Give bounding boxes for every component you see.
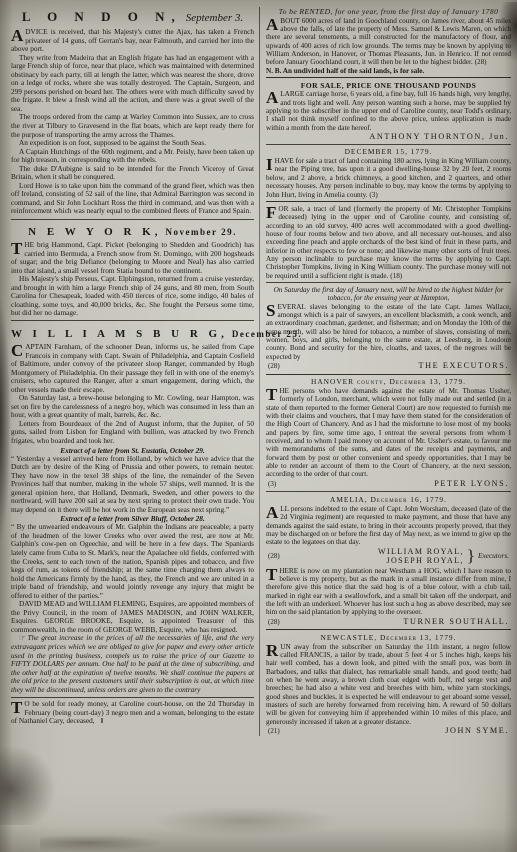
run-count: (28) bbox=[268, 618, 280, 627]
drop-cap: T bbox=[266, 387, 279, 402]
signature: PETER LYONS. bbox=[434, 479, 509, 488]
ad-divider bbox=[266, 282, 511, 283]
newspaper-page: L O N D O N, September 3. ADVICE is rece… bbox=[0, 0, 517, 852]
run-count: (28) bbox=[268, 362, 280, 371]
drop-cap: S bbox=[266, 303, 277, 318]
drop-cap: A bbox=[266, 90, 280, 105]
ad-horse-body: ALARGE carriage horse, 6 years old, a fi… bbox=[266, 90, 511, 132]
signature: TURNER SOUTHALL. bbox=[403, 617, 509, 626]
brace-glyph: } bbox=[467, 548, 475, 564]
ad-ussher-body: THE persons who have demands against the… bbox=[266, 387, 511, 479]
signature: ANTHONY THORNTON, Jun. bbox=[369, 132, 509, 141]
paragraph: ADVICE is received, that his Majesty's c… bbox=[11, 28, 254, 54]
paragraph: THE brig Hammond, Capt. Picket (belongin… bbox=[11, 241, 254, 275]
ad-ussher-datehead: HANOVER county, December 13, 1779. bbox=[266, 377, 511, 386]
ad-tompkins-body: FOR sale, a tract of land (formerly the … bbox=[266, 205, 511, 280]
ad-worsham-signature-row: (28) WILLIAM ROYAL,JOSEPH ROYAL, } Execu… bbox=[268, 547, 509, 565]
ad-horse-signature-row: ANTHONY THORNTON, Jun. bbox=[268, 132, 509, 141]
right-column: To be RENTED, for one year, from the fir… bbox=[266, 7, 511, 736]
ad-divider bbox=[266, 629, 511, 630]
paragraph: CAPTAIN Farnham, of the schooner Dean, i… bbox=[11, 343, 254, 394]
signature: JOHN SYME. bbox=[445, 726, 509, 735]
ad-horse-heading: FOR SALE, PRICE ONE THOUSAND POUNDS bbox=[266, 81, 511, 91]
run-count: (21) bbox=[268, 727, 280, 736]
ad-hog-signature-row: (28)TURNER SOUTHALL. bbox=[268, 617, 509, 627]
ad-ussher-signature-row: (3)PETER LYONS. bbox=[268, 479, 509, 489]
paragraph: Letters from Bourdeaux of the 2nd of Aug… bbox=[11, 420, 254, 446]
section-date: November 29. bbox=[166, 227, 237, 237]
ad-runaway-signature-row: (21)JOHN SYME. bbox=[268, 726, 509, 736]
section-divider bbox=[11, 320, 254, 321]
page-columns: L O N D O N, September 3. ADVICE is rece… bbox=[0, 0, 517, 736]
paragraph: Lord Howe is to take upon him the comman… bbox=[11, 182, 254, 216]
ad-rent-heading: To be RENTED, for one year, from the fir… bbox=[266, 7, 511, 17]
drop-cap: A bbox=[266, 505, 280, 520]
sale-notice: TO be sold for ready money, at Caroline … bbox=[11, 700, 254, 726]
section-date: September 3. bbox=[186, 12, 243, 24]
end-mark: ‖ bbox=[95, 716, 103, 725]
paragraph: The duke D'Aubigne is said to be intende… bbox=[11, 165, 254, 182]
ad-divider bbox=[266, 201, 511, 202]
ad-rent-nb: N. B. An undivided half of the said land… bbox=[266, 67, 511, 75]
ad-slaves-intro: On Saturday the first day of January nex… bbox=[266, 286, 511, 303]
run-count: (3) bbox=[268, 480, 276, 489]
ad-divider bbox=[266, 374, 511, 375]
ad-rent-body: ABOUT 6000 acres of land in Goochland co… bbox=[266, 17, 511, 67]
section-title: W I L L I A M S B U R G, bbox=[11, 328, 228, 340]
section-title: N E W Y O R K, bbox=[28, 226, 161, 238]
section-title: L O N D O N, bbox=[22, 9, 182, 24]
paragraph: “ Yesterday a vessel arrived here from H… bbox=[11, 455, 254, 515]
ad-divider bbox=[266, 491, 511, 492]
executor-role: Executors. bbox=[478, 551, 509, 560]
ad-kingwilliam-datehead: DECEMBER 15, 1779. bbox=[266, 147, 511, 156]
ad-runaway-body: RUN away from the subscriber on Saturday… bbox=[266, 643, 511, 726]
ad-divider bbox=[266, 144, 511, 145]
drop-cap: F bbox=[266, 205, 278, 220]
ink-stain bbox=[0, 745, 56, 825]
newyork-section-heading: N E W Y O R K, November 29. bbox=[11, 222, 254, 240]
paragraph: The troops ordered from the camp at Warl… bbox=[11, 113, 254, 139]
drop-cap: A bbox=[11, 28, 25, 43]
paragraph: His Majesty's ship Perseus, Capt. Elphin… bbox=[11, 275, 254, 318]
signature: THE EXECUTORS. bbox=[419, 361, 509, 370]
drop-cap: C bbox=[11, 343, 25, 358]
drop-cap: T bbox=[11, 241, 24, 256]
drop-cap: R bbox=[266, 643, 280, 658]
paragraph: On Saturday last, a brew-house belonging… bbox=[11, 394, 254, 420]
section-divider bbox=[11, 697, 254, 698]
williamsburg-section-heading: W I L L I A M S B U R G, December 25. bbox=[11, 324, 254, 342]
ad-slaves-body: SEVERAL slaves belonging to the estate o… bbox=[266, 303, 511, 361]
drop-cap: T bbox=[266, 567, 279, 582]
ink-smudge bbox=[150, 806, 340, 836]
ad-slaves-signature-row: (28)THE EXECUTORS. bbox=[268, 361, 509, 371]
paragraph: “ By the unwearied endeavours of Mr. Gal… bbox=[11, 523, 254, 600]
section-divider bbox=[11, 219, 254, 220]
paragraph: A Captain Hutchings of the 60th regiment… bbox=[11, 148, 254, 165]
ad-kingwilliam-body: IHAVE for sale a tract of land containin… bbox=[266, 157, 511, 199]
executor-names: WILLIAM ROYAL,JOSEPH ROYAL, bbox=[378, 547, 464, 565]
drop-cap: A bbox=[266, 17, 280, 32]
paragraph: DAVID MEAD and WILLIAM FLEMING, Esquires… bbox=[11, 600, 254, 634]
column-divider bbox=[259, 7, 260, 736]
ad-worsham-body: ALL persons indebted to the estate of Ca… bbox=[266, 505, 511, 547]
drop-cap: I bbox=[266, 157, 275, 172]
paragraph: They write from Madeira that an English … bbox=[11, 54, 254, 114]
ink-smudge bbox=[40, 835, 160, 851]
printers-notice: ☞The great increase in the prices of all… bbox=[11, 634, 254, 694]
drop-cap: T bbox=[11, 700, 24, 715]
london-section-heading: L O N D O N, September 3. bbox=[11, 8, 254, 26]
ad-hog-body: THERE is now on my plantation near Westh… bbox=[266, 567, 511, 617]
ad-runaway-datehead: NEWCASTLE, December 13, 1779. bbox=[266, 633, 511, 642]
ad-divider bbox=[266, 77, 511, 78]
left-column: L O N D O N, September 3. ADVICE is rece… bbox=[11, 7, 254, 736]
run-count: (28) bbox=[268, 552, 280, 560]
ad-worsham-datehead: AMELIA, December 16, 1779. bbox=[266, 495, 511, 504]
